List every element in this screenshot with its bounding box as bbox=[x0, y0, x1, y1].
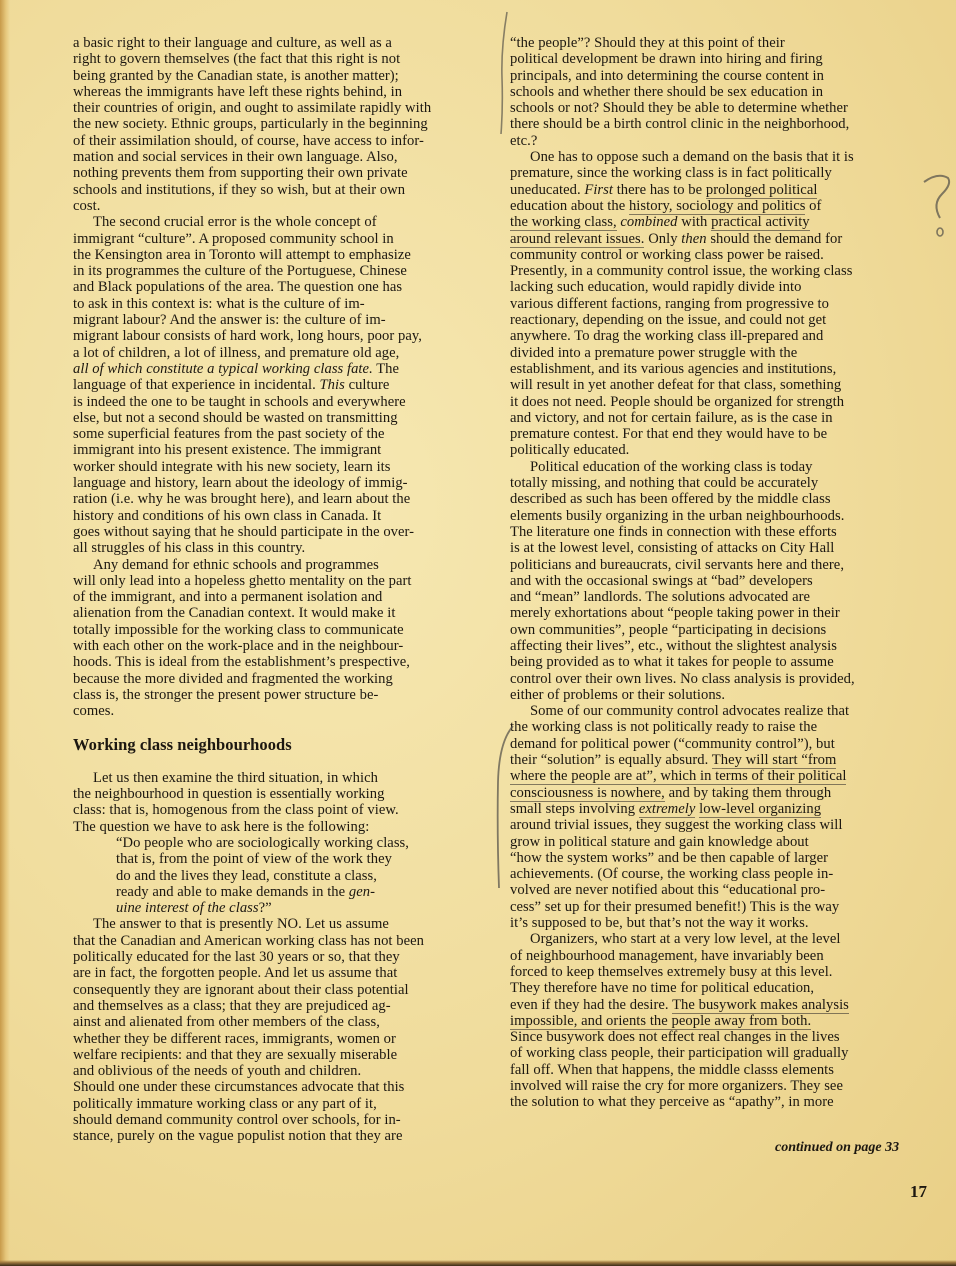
text-line: achievements. (Of course, the working cl… bbox=[510, 866, 930, 882]
text-line: education about the history, sociology a… bbox=[510, 198, 930, 214]
pencil-underline: history, sociology and politics bbox=[629, 198, 806, 215]
paragraph-start: Some of our community control advocates … bbox=[510, 703, 930, 719]
italic-emphasis: then bbox=[681, 231, 706, 247]
text-line: politically immature working class or an… bbox=[73, 1096, 493, 1112]
text-line: community control or working class power… bbox=[510, 247, 930, 263]
text-fragment: ?” bbox=[259, 900, 272, 916]
text-line: is at the lowest level, consisting of at… bbox=[510, 540, 930, 556]
text-line: either of problems or their solutions. bbox=[510, 687, 930, 703]
text-fragment: education about the bbox=[510, 198, 625, 214]
text-line: the new society. Ethnic groups, particul… bbox=[73, 116, 493, 132]
text-line: ration (i.e. why he was brought here), a… bbox=[73, 491, 493, 507]
text-line: totally missing, and nothing that could … bbox=[510, 475, 930, 491]
text-line: consequently they are ignorant about the… bbox=[73, 982, 493, 998]
text-line: comes. bbox=[73, 703, 493, 719]
text-line: being provided as to what it takes for p… bbox=[510, 654, 930, 670]
text-fragment: and by taking them through bbox=[669, 785, 832, 801]
text-line: small steps involving extremely low-leve… bbox=[510, 801, 930, 817]
text-line: class is, the stronger the present power… bbox=[73, 687, 493, 703]
text-line: that the Canadian and American working c… bbox=[73, 933, 493, 949]
paragraph-start: One has to oppose such a demand on the b… bbox=[510, 149, 930, 165]
text-line: politically educated. bbox=[510, 442, 930, 458]
page-edge-bottom bbox=[0, 1260, 956, 1266]
right-column: “the people”? Should they at this point … bbox=[510, 35, 930, 1111]
text-line: there should be a birth control clinic i… bbox=[510, 116, 930, 132]
text-line: own communities”, people “participating … bbox=[510, 622, 930, 638]
text-line: described as such has been offered by th… bbox=[510, 491, 930, 507]
text-line: all of which constitute a typical workin… bbox=[73, 361, 493, 377]
text-line: of their assimilation should, of course,… bbox=[73, 133, 493, 149]
text-line: and Black populations of the area. The q… bbox=[73, 279, 493, 295]
text-line: impossible, and orients the people away … bbox=[510, 1013, 930, 1029]
text-line: immigrant “culture”. A proposed communit… bbox=[73, 231, 493, 247]
text-line: migrant labour? And the answer is: the c… bbox=[73, 312, 493, 328]
italic-emphasis: gen- bbox=[349, 884, 375, 900]
text-line: politically educated for the last 30 yea… bbox=[73, 949, 493, 965]
text-line: the solution to what they perceive as “a… bbox=[510, 1094, 930, 1110]
text-fragment: culture bbox=[349, 377, 390, 393]
italic-emphasis: combined bbox=[620, 214, 677, 230]
text-line: around relevant issues. Only then should… bbox=[510, 231, 930, 247]
text-line: goes without saying that he should parti… bbox=[73, 524, 493, 540]
text-line: fall off. When that happens, the middle … bbox=[510, 1062, 930, 1078]
text-line: right to govern themselves (the fact tha… bbox=[73, 51, 493, 67]
paragraph-start: Political education of the working class… bbox=[510, 459, 930, 475]
text-line: premature contest. For that end they wou… bbox=[510, 426, 930, 442]
block-quote: “Do people who are sociologically workin… bbox=[73, 835, 493, 916]
text-line: being granted by the Canadian state, is … bbox=[73, 68, 493, 84]
text-line: elements busily organizing in the urban … bbox=[510, 508, 930, 524]
text-line: political development be drawn into hiri… bbox=[510, 51, 930, 67]
text-line: consciousness is nowhere, and by taking … bbox=[510, 785, 930, 801]
text-line: worker should integrate with his new soc… bbox=[73, 459, 493, 475]
text-fragment: small steps involving bbox=[510, 801, 635, 817]
page-edge bbox=[0, 0, 10, 1266]
text-line: some superficial features from the past … bbox=[73, 426, 493, 442]
text-line: schools or not? Should they be able to d… bbox=[510, 100, 930, 116]
text-line: will only lead into a hopeless ghetto me… bbox=[73, 573, 493, 589]
quote-line: do and the lives they lead, constitute a… bbox=[73, 868, 493, 884]
pencil-underline: prolonged political bbox=[706, 182, 818, 199]
text-line: divided into a premature power struggle … bbox=[510, 345, 930, 361]
paragraph-start: Any demand for ethnic schools and progra… bbox=[73, 557, 493, 573]
text-line: and oblivious of the needs of youth and … bbox=[73, 1063, 493, 1079]
text-line: mation and social services in their own … bbox=[73, 149, 493, 165]
text-line: “the people”? Should they at this point … bbox=[510, 35, 930, 51]
pencil-underline: extremely bbox=[639, 801, 696, 818]
text-line: Should one under these circumstances adv… bbox=[73, 1079, 493, 1095]
text-fragment: uneducated. bbox=[510, 182, 581, 198]
text-fragment: language of that experience in incidenta… bbox=[73, 377, 316, 393]
text-line: cost. bbox=[73, 198, 493, 214]
text-line: a basic right to their language and cult… bbox=[73, 35, 493, 51]
text-line: to ask in this context is: what is the c… bbox=[73, 296, 493, 312]
quote-line: uine interest of the class?” bbox=[73, 900, 493, 916]
text-line: welfare recipients: and that they are se… bbox=[73, 1047, 493, 1063]
text-line: The literature one finds in connection w… bbox=[510, 524, 930, 540]
text-line: where the people are at”, which in terms… bbox=[510, 768, 930, 784]
paragraph-start: The answer to that is presently NO. Let … bbox=[73, 916, 493, 932]
italic-emphasis: First bbox=[584, 182, 613, 198]
text-line: alienation from the Canadian context. It… bbox=[73, 605, 493, 621]
text-line: cess” set up for their presumed benefit!… bbox=[510, 899, 930, 915]
text-fragment: there has to be bbox=[617, 182, 702, 198]
quote-line: “Do people who are sociologically workin… bbox=[73, 835, 493, 851]
text-line: all struggles of his class in this count… bbox=[73, 540, 493, 556]
text-line: the working class, combined with practic… bbox=[510, 214, 930, 230]
text-line: are in fact, the forgotten people. And l… bbox=[73, 965, 493, 981]
text-line: their “solution” is equally absurd. They… bbox=[510, 752, 930, 768]
continued-note: continued on page 33 bbox=[775, 1140, 899, 1156]
pencil-margin-bracket-top bbox=[495, 8, 511, 138]
page-number: 17 bbox=[910, 1182, 927, 1202]
text-line: immigrant into his present existence. Th… bbox=[73, 442, 493, 458]
text-line: schools and institutions, if they so wis… bbox=[73, 182, 493, 198]
pencil-underline: low-level organizing bbox=[699, 801, 821, 818]
text-line: language and history, learn about the id… bbox=[73, 475, 493, 491]
text-line: lacking such education, would rapidly di… bbox=[510, 279, 930, 295]
text-line: uneducated. First there has to be prolon… bbox=[510, 182, 930, 198]
text-line: etc.? bbox=[510, 133, 930, 149]
text-line: hoods. This is ideal from the establishm… bbox=[73, 654, 493, 670]
text-line: premature, since the working class is in… bbox=[510, 165, 930, 181]
text-line: even if they had the desire. The busywor… bbox=[510, 997, 930, 1013]
quote-line: that is, from the point of view of the w… bbox=[73, 851, 493, 867]
text-line: else, but not a second should be wasted … bbox=[73, 410, 493, 426]
italic-emphasis: uine interest of the class bbox=[116, 900, 259, 916]
text-line: with each other on the work-place and in… bbox=[73, 638, 493, 654]
text-line: whether they be different races, immigra… bbox=[73, 1031, 493, 1047]
text-line: ainst and alienated from other members o… bbox=[73, 1014, 493, 1030]
pencil-underline: practical activity bbox=[711, 214, 810, 231]
text-line: language of that experience in incidenta… bbox=[73, 377, 493, 393]
text-line: a lot of children, a lot of illness, and… bbox=[73, 345, 493, 361]
text-line: whereas the immigrants have left these r… bbox=[73, 84, 493, 100]
text-line: schools and whether there should be sex … bbox=[510, 84, 930, 100]
text-line: migrant labour consists of hard work, lo… bbox=[73, 328, 493, 344]
text-line: and victory, and not for certain failure… bbox=[510, 410, 930, 426]
text-line: class: that is, homogenous from the clas… bbox=[73, 802, 493, 818]
text-line: history and conditions of his own class … bbox=[73, 508, 493, 524]
pencil-underline: consciousness is nowhere, bbox=[510, 785, 665, 802]
text-line: demand for political power (“community c… bbox=[510, 736, 930, 752]
text-line: volved are never notified about this “ed… bbox=[510, 882, 930, 898]
text-line: stance, purely on the vague populist not… bbox=[73, 1128, 493, 1144]
text-line: around trivial issues, they suggest the … bbox=[510, 817, 930, 833]
text-line: of working class people, their participa… bbox=[510, 1045, 930, 1061]
text-fragment: ready and able to make demands in the bbox=[116, 884, 345, 900]
text-fragment: The bbox=[376, 361, 399, 377]
text-line: is indeed the one to be taught in school… bbox=[73, 394, 493, 410]
pencil-underline: around relevant issues. bbox=[510, 231, 644, 248]
text-line: various different factions, ranging from… bbox=[510, 296, 930, 312]
paragraph-start: Organizers, who start at a very low leve… bbox=[510, 931, 930, 947]
text-line: The question we have to ask here is the … bbox=[73, 819, 493, 835]
text-line: in its programmes the culture of the Por… bbox=[73, 263, 493, 279]
text-line: the working class is not politically rea… bbox=[510, 719, 930, 735]
text-line: because the more divided and fragmented … bbox=[73, 671, 493, 687]
text-line: affecting their lives”, etc., without th… bbox=[510, 638, 930, 654]
text-line: establishment, and its various agencies … bbox=[510, 361, 930, 377]
pencil-underline: impossible, and orients the people away … bbox=[510, 1013, 811, 1030]
text-line: They therefore have no time for politica… bbox=[510, 980, 930, 996]
text-line: their countries of origin, and ought to … bbox=[73, 100, 493, 116]
text-line: Since busywork does not effect real chan… bbox=[510, 1029, 930, 1045]
text-line: of the immigrant, and into a permanent i… bbox=[73, 589, 493, 605]
text-fragment: should the demand for bbox=[710, 231, 842, 247]
italic-emphasis: all of which constitute a typical workin… bbox=[73, 361, 373, 377]
text-line: will result in yet another defeat for th… bbox=[510, 377, 930, 393]
text-line: involved will raise the cry for more org… bbox=[510, 1078, 930, 1094]
text-line: should demand community control over sch… bbox=[73, 1112, 493, 1128]
text-line: of neighbourhood management, have invari… bbox=[510, 948, 930, 964]
section-heading: Working class neighbourhoods bbox=[73, 737, 493, 753]
text-line: politicians and bureaucrats, civil serva… bbox=[510, 557, 930, 573]
text-fragment: even if they had the desire. bbox=[510, 997, 669, 1013]
text-fragment: with bbox=[681, 214, 707, 230]
text-line: “how the system works” and be then capab… bbox=[510, 850, 930, 866]
text-line: the Kensington area in Toronto will atte… bbox=[73, 247, 493, 263]
text-fragment: of bbox=[809, 198, 821, 214]
text-line: and “mean” landlords. The solutions advo… bbox=[510, 589, 930, 605]
text-line: merely exhortations about “people taking… bbox=[510, 605, 930, 621]
text-fragment: their “solution” is equally absurd. bbox=[510, 752, 708, 768]
text-fragment: Only bbox=[648, 231, 677, 247]
text-line: control over their own lives. No class a… bbox=[510, 671, 930, 687]
text-line: anywhere. To drag the working class ill-… bbox=[510, 328, 930, 344]
text-line: it’s supposed to be, but that’s not the … bbox=[510, 915, 930, 931]
text-line: Presently, in a community control issue,… bbox=[510, 263, 930, 279]
text-line: reactionary, depending on the issue, and… bbox=[510, 312, 930, 328]
paragraph-start: Let us then examine the third situation,… bbox=[73, 770, 493, 786]
text-line: and with the occasional swings at “bad” … bbox=[510, 573, 930, 589]
paragraph-start: The second crucial error is the whole co… bbox=[73, 214, 493, 230]
text-line: grow in political stature and gain knowl… bbox=[510, 834, 930, 850]
text-line: totally impossible for the working class… bbox=[73, 622, 493, 638]
pencil-underline: where the people are at”, which in terms… bbox=[510, 768, 846, 785]
text-line: the neighbourhood in question is essenti… bbox=[73, 786, 493, 802]
text-line: it does not need. People should be organ… bbox=[510, 394, 930, 410]
pencil-underline: They will start “from bbox=[712, 752, 837, 769]
text-line: nothing prevents them from supporting th… bbox=[73, 165, 493, 181]
pencil-underline: the working class, bbox=[510, 214, 617, 231]
text-line: forced to keep themselves extremely busy… bbox=[510, 964, 930, 980]
italic-emphasis: This bbox=[320, 377, 345, 393]
quote-line: ready and able to make demands in the ge… bbox=[73, 884, 493, 900]
pencil-underline: The busywork makes analysis bbox=[672, 997, 849, 1014]
text-line: principals, and into determining the cou… bbox=[510, 68, 930, 84]
left-column: a basic right to their language and cult… bbox=[73, 35, 493, 1145]
text-line: and themselves as a class; that they are… bbox=[73, 998, 493, 1014]
